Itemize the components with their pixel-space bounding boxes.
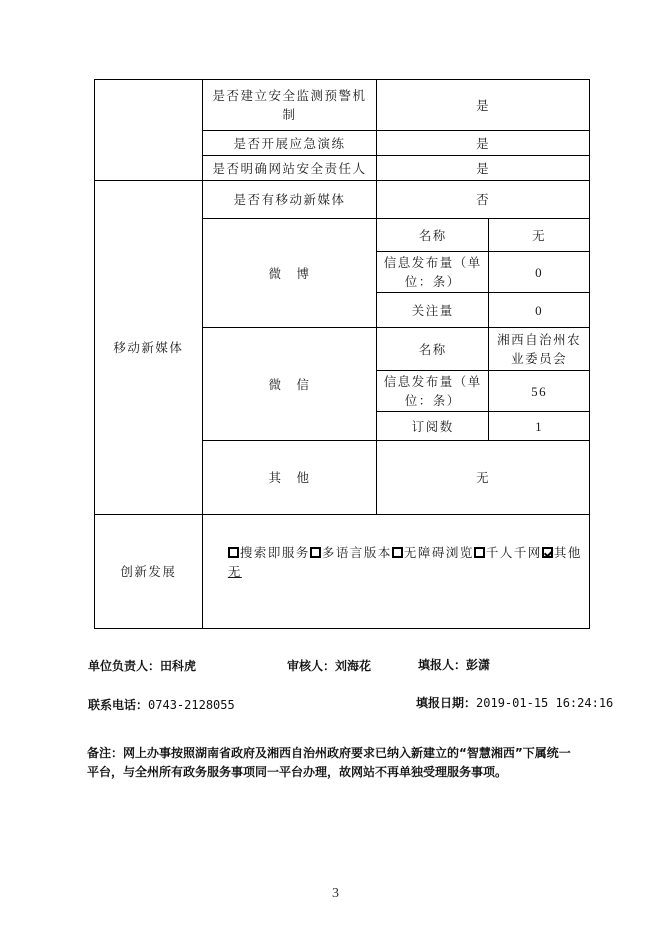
checkbox-unchecked-icon[interactable] bbox=[392, 547, 403, 558]
emergency-drill-value: 是 bbox=[377, 131, 590, 156]
has-mobile-media-value: 否 bbox=[377, 181, 590, 219]
has-mobile-media-label: 是否有移动新媒体 bbox=[202, 181, 376, 219]
weibo-posts-label: 信息发布量（单位：条） bbox=[377, 252, 489, 293]
unit-head: 单位负责人：田科虎 bbox=[88, 657, 196, 674]
security-monitoring-value: 是 bbox=[377, 80, 590, 131]
checkbox-unchecked-icon[interactable] bbox=[474, 547, 485, 558]
option-other[interactable]: 其他 bbox=[542, 545, 582, 560]
other-media-value: 无 bbox=[377, 441, 590, 515]
weibo-name-label: 名称 bbox=[377, 219, 489, 252]
remark-note: 备注：网上办事按照湖南省政府及湘西自治州政府要求已纳入新建立的“智慧湘西”下属统… bbox=[87, 744, 577, 782]
checkbox-checked-icon[interactable] bbox=[542, 547, 553, 558]
option-accessibility[interactable]: 无障碍浏览 bbox=[392, 545, 474, 560]
weibo-posts-value: 0 bbox=[489, 252, 590, 293]
fill-date: 填报日期：2019-01-15 16:24:16 bbox=[416, 694, 613, 711]
innovation-options-cell: 搜索即服务多语言版本无障碍浏览千人千网其他 无 bbox=[202, 515, 589, 629]
weibo-name-value: 无 bbox=[489, 219, 590, 252]
checkbox-unchecked-icon[interactable] bbox=[310, 547, 321, 558]
wechat-subscribers-value: 1 bbox=[489, 412, 590, 441]
page-number: 3 bbox=[0, 886, 671, 902]
security-monitoring-label: 是否建立安全监测预警机制 bbox=[202, 80, 376, 131]
innovation-other-text: 无 bbox=[228, 564, 242, 579]
reviewer: 审核人：刘海花 bbox=[287, 657, 371, 674]
option-multilanguage[interactable]: 多语言版本 bbox=[310, 545, 392, 560]
wechat-posts-value: 56 bbox=[489, 371, 590, 412]
filler: 填报人：彭潇 bbox=[418, 656, 490, 673]
option-personalized[interactable]: 千人千网 bbox=[474, 545, 542, 560]
innovation-section-label: 创新发展 bbox=[95, 515, 203, 629]
wechat-posts-label: 信息发布量（单位：条） bbox=[377, 371, 489, 412]
mobile-media-section-label: 移动新媒体 bbox=[95, 181, 203, 515]
weibo-followers-label: 关注量 bbox=[377, 293, 489, 328]
weibo-followers-value: 0 bbox=[489, 293, 590, 328]
other-media-label: 其 他 bbox=[202, 441, 376, 515]
website-report-table: 是否建立安全监测预警机制 是 是否开展应急演练 是 是否明确网站安全责任人 是 … bbox=[94, 79, 590, 629]
contact-phone: 联系电话：0743-2128055 bbox=[88, 696, 235, 713]
checkbox-unchecked-icon[interactable] bbox=[228, 547, 239, 558]
wechat-label: 微 信 bbox=[202, 328, 376, 441]
security-owner-value: 是 bbox=[377, 156, 590, 181]
wechat-subscribers-label: 订阅数 bbox=[377, 412, 489, 441]
security-owner-label: 是否明确网站安全责任人 bbox=[202, 156, 376, 181]
weibo-label: 微 博 bbox=[202, 219, 376, 328]
wechat-name-label: 名称 bbox=[377, 328, 489, 371]
wechat-name-value: 湘西自治州农业委员会 bbox=[489, 328, 590, 371]
emergency-drill-label: 是否开展应急演练 bbox=[202, 131, 376, 156]
option-search-service[interactable]: 搜索即服务 bbox=[228, 545, 310, 560]
security-section-cell bbox=[95, 80, 203, 181]
